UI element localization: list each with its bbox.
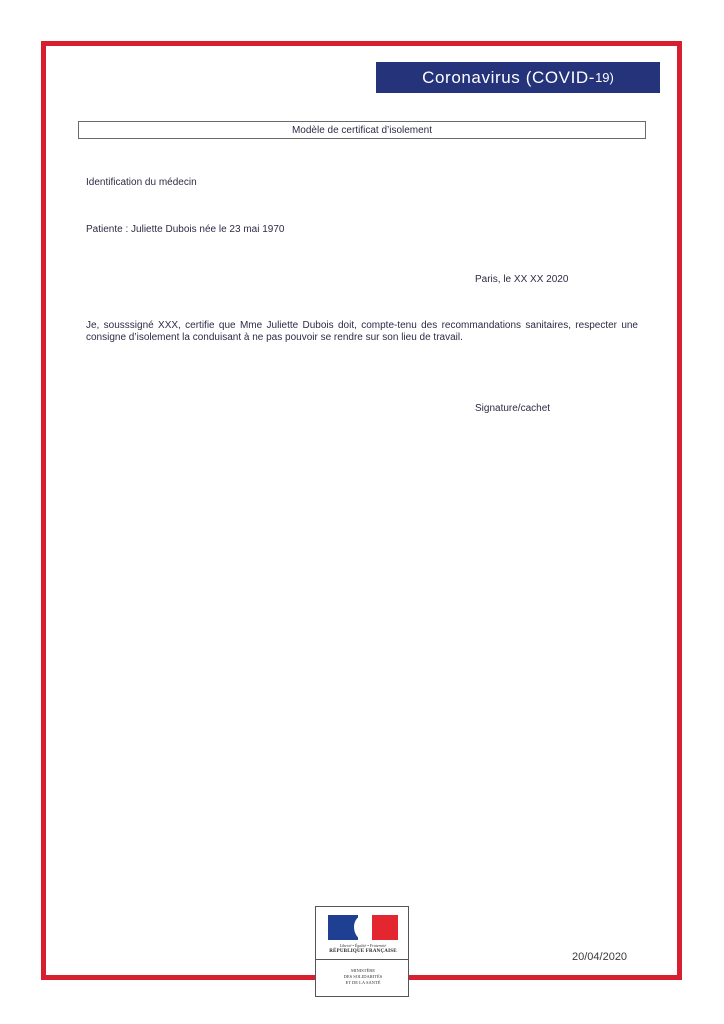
document-title-box: Modèle de certificat d’isolement <box>78 121 646 139</box>
signature-label: Signature/cachet <box>475 403 550 415</box>
doctor-identification: Identification du médecin <box>86 177 197 189</box>
logo-republic: RÉPUBLIQUE FRANÇAISE <box>320 949 406 954</box>
ministry-logo: Liberté • Égalité • Fraternité RÉPUBLIQU… <box>315 906 409 997</box>
covid-banner: Coronavirus (COVID-19) <box>376 62 660 93</box>
logo-divider <box>316 959 408 960</box>
certificate-body: Je, sousssigné XXX, certifie que Mme Jul… <box>86 320 638 344</box>
place-date: Paris, le XX XX 2020 <box>475 274 568 286</box>
document-title: Modèle de certificat d’isolement <box>292 125 432 136</box>
logo-motto: Liberté • Égalité • Fraternité <box>320 943 406 948</box>
banner-title: Coronavirus (COVID- <box>422 68 595 88</box>
marianne-logo-icon <box>328 915 398 940</box>
patient-line: Patiente : Juliette Dubois née le 23 mai… <box>86 224 284 236</box>
document-date: 20/04/2020 <box>572 951 627 963</box>
banner-title-number: 19) <box>595 70 614 85</box>
logo-ministry: MINISTÈRE DES SOLIDARITÉS ET DE LA SANTÉ <box>320 968 406 986</box>
